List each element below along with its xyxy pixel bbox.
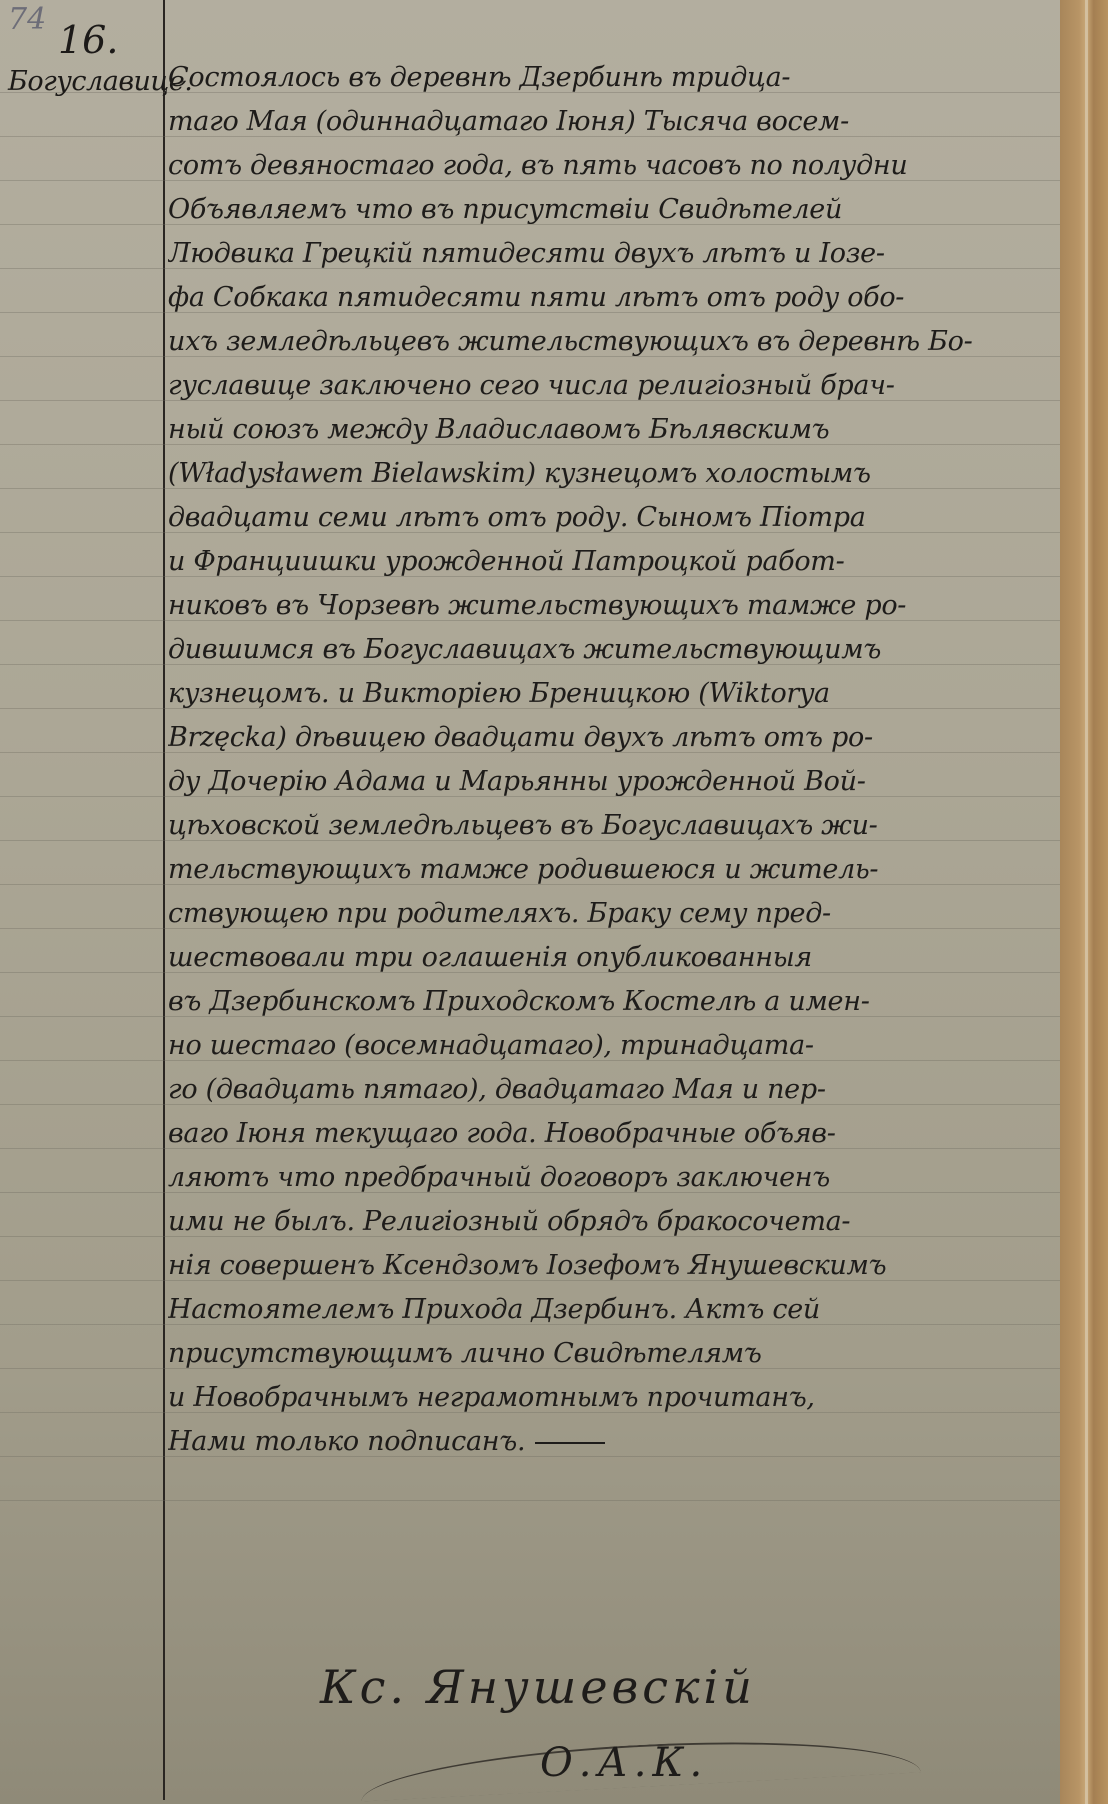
- text-line: ваго Iюня текущаго года. Новобрачные объ…: [168, 1112, 1053, 1156]
- ruled-line: [0, 1500, 1060, 1501]
- register-page: 74 16. Богуславице. Состоялось въ деревн…: [0, 0, 1108, 1804]
- text-line: ду Дочерiю Адама и Марьянны урожденной В…: [168, 760, 1053, 804]
- binding-crease: [1085, 0, 1088, 1804]
- text-line: Настоятелемъ Прихода Дзербинъ. Актъ сей: [168, 1288, 1053, 1332]
- text-line: двадцати семи лѣтъ отъ роду. Сыномъ Пiот…: [168, 496, 1053, 540]
- closing-text: Нами только подписанъ.: [168, 1426, 525, 1457]
- text-line: тельствующихъ тамже родившеюся и житель-: [168, 848, 1053, 892]
- text-line: ляютъ что предбрачный договоръ заключенъ: [168, 1156, 1053, 1200]
- record-body: Состоялось въ деревнѣ Дзербинѣ тридца- т…: [168, 56, 1053, 1464]
- text-line: никовъ въ Чорзевѣ жительствующихъ тамже …: [168, 584, 1053, 628]
- text-line: ный союзъ между Владиславомъ Бѣлявскимъ: [168, 408, 1053, 452]
- text-line: Brzęcka) дѣвицею двадцати двухъ лѣтъ отъ…: [168, 716, 1053, 760]
- closing-dash: [535, 1442, 605, 1444]
- text-line: фа Собкака пятидесяти пяти лѣтъ отъ роду…: [168, 276, 1053, 320]
- text-line: шествовали три оглашенiя опубликованныя: [168, 936, 1053, 980]
- text-line: Объявляемъ что въ присутствiи Свидѣтелей: [168, 188, 1053, 232]
- text-line: но шестаго (восемнадцатаго), тринадцата-: [168, 1024, 1053, 1068]
- text-line: ствующею при родителяхъ. Браку сему пред…: [168, 892, 1053, 936]
- text-line: нiя совершенъ Ксендзомъ Iозефомъ Янушевс…: [168, 1244, 1053, 1288]
- text-line-final: Нами только подписанъ.: [168, 1420, 1053, 1464]
- text-line: ими не былъ. Религiозный обрядъ бракосоч…: [168, 1200, 1053, 1244]
- text-line: присутствующимъ лично Свидѣтелямъ: [168, 1332, 1053, 1376]
- record-number: 16.: [58, 18, 118, 62]
- text-line: го (двадцать пятаго), двадцатаго Мая и п…: [168, 1068, 1053, 1112]
- margin-rule-line: [163, 0, 165, 1800]
- book-binding-edge: [1060, 0, 1108, 1804]
- text-line: и Новобрачнымъ неграмотнымъ прочитанъ,: [168, 1376, 1053, 1420]
- text-line: и Франциишки урожденной Патроцкой работ-: [168, 540, 1053, 584]
- margin-place-name: Богуславице.: [8, 66, 192, 97]
- text-line: гуславице заключено сего числа религiозн…: [168, 364, 1053, 408]
- text-line: таго Мая (одиннадцатаго Iюня) Тысяча вос…: [168, 100, 1053, 144]
- registrar-signature: О.А.К.: [540, 1740, 708, 1786]
- text-line: сотъ девяностаго года, въ пять часовъ по…: [168, 144, 1053, 188]
- text-line: дившимся въ Богуславицахъ жительствующим…: [168, 628, 1053, 672]
- folio-number: 74: [8, 2, 46, 37]
- text-line: Состоялось въ деревнѣ Дзербинѣ тридца-: [168, 56, 1053, 100]
- text-line: въ Дзербинскомъ Приходскомъ Костелѣ а им…: [168, 980, 1053, 1024]
- text-line: Людвика Грецкiй пятидесяти двухъ лѣтъ и …: [168, 232, 1053, 276]
- text-line: цѣховской земледѣльцевъ въ Богуславицахъ…: [168, 804, 1053, 848]
- priest-signature: Кс. Янушевскiй: [320, 1660, 756, 1714]
- text-line: кузнецомъ. и Викторiею Бреницкою (Wiktor…: [168, 672, 1053, 716]
- text-line: (Władysławem Bielawskim) кузнецомъ холос…: [168, 452, 1053, 496]
- text-line: ихъ земледѣльцевъ жительствующихъ въ дер…: [168, 320, 1053, 364]
